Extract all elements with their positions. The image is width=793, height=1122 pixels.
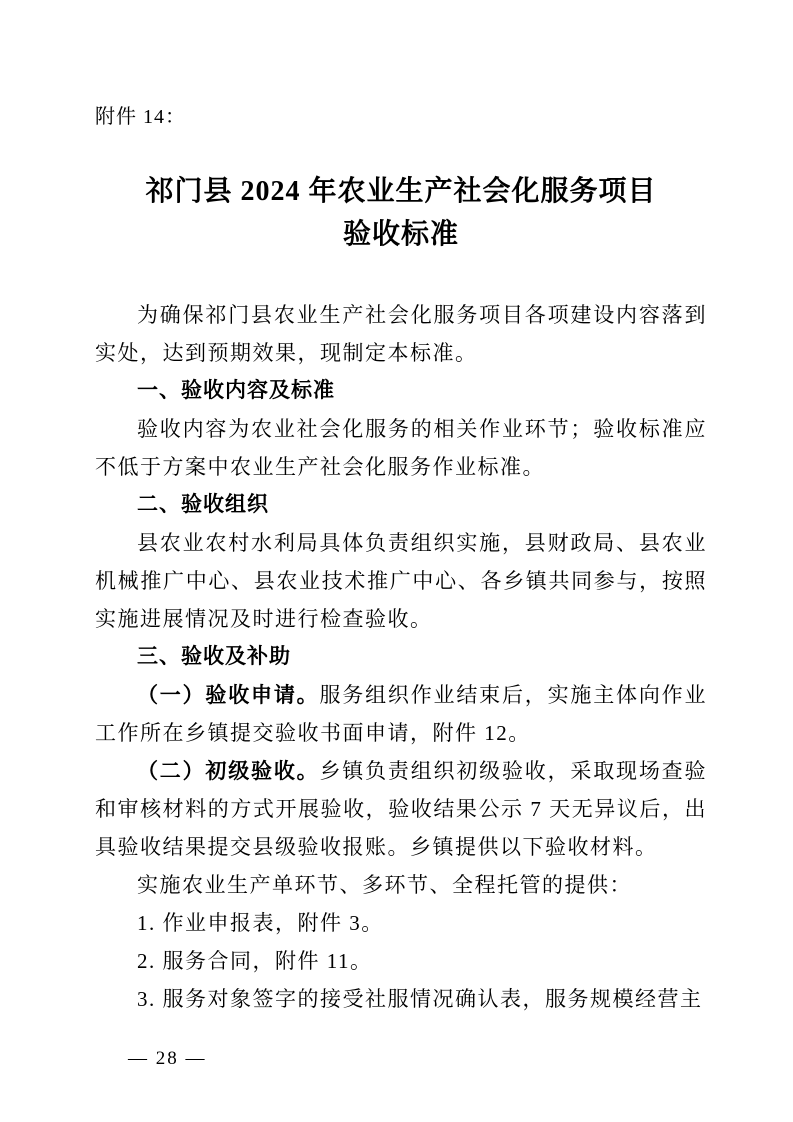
section-heading-2: 二、验收组织 <box>95 486 707 524</box>
paragraph-materials-intro: 实施农业生产单环节、多环节、全程托管的提供： <box>95 866 707 904</box>
paragraph-section2: 县农业农村水利局具体负责组织实施，县财政局、县农业机械推广中心、县农业技术推广中… <box>95 524 707 638</box>
document-title-line1: 祁门县 2024 年农业生产社会化服务项目 <box>145 176 656 207</box>
paragraph-acceptance-application: （一）验收申请。服务组织作业结束后，实施主体向作业工作所在乡镇提交验收书面申请，… <box>95 676 707 752</box>
section-heading-3: 三、验收及补助 <box>95 638 707 676</box>
document-body: 为确保祁门县农业生产社会化服务项目各项建设内容落到实处，达到预期效果，现制定本标… <box>95 296 707 1018</box>
paragraph-intro: 为确保祁门县农业生产社会化服务项目各项建设内容落到实处，达到预期效果，现制定本标… <box>95 296 707 372</box>
paragraph-lead-initial-acceptance: （二）初级验收。 <box>137 759 320 783</box>
document-title-line2: 验收标准 <box>343 219 459 250</box>
document-title: 祁门县 2024 年农业生产社会化服务项目 验收标准 <box>95 170 707 256</box>
section-heading-1: 一、验收内容及标准 <box>95 372 707 410</box>
paragraph-initial-acceptance: （二）初级验收。乡镇负责组织初级验收，采取现场查验和审核材料的方式开展验收，验收… <box>95 752 707 866</box>
list-item-3: 3. 服务对象签字的接受社服情况确认表，服务规模经营主 <box>95 980 707 1018</box>
list-item-2: 2. 服务合同，附件 11。 <box>95 942 707 980</box>
document-page: 附件 14： 祁门县 2024 年农业生产社会化服务项目 验收标准 为确保祁门县… <box>0 0 793 1122</box>
paragraph-lead-acceptance-application: （一）验收申请。 <box>137 683 320 707</box>
attachment-label: 附件 14： <box>95 106 707 128</box>
paragraph-section1: 验收内容为农业社会化服务的相关作业环节；验收标准应不低于方案中农业生产社会化服务… <box>95 410 707 486</box>
page-number: — 28 — <box>128 1048 207 1070</box>
list-item-1: 1. 作业申报表，附件 3。 <box>95 904 707 942</box>
